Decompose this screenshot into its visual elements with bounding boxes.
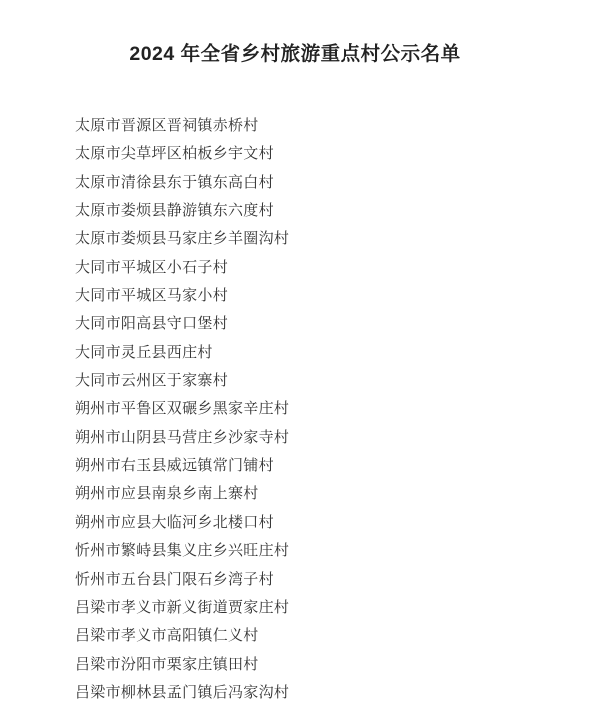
village-list-item: 忻州市五台县门限石乡湾子村 [75,566,590,594]
village-list-item: 大同市平城区小石子村 [75,254,590,282]
page-title: 2024 年全省乡村旅游重点村公示名单 [0,41,590,67]
village-list-item: 大同市阳高县守口堡村 [75,310,590,338]
village-list-item: 大同市平城区马家小村 [75,282,590,310]
village-list-item: 朔州市应县大临河乡北楼口村 [75,509,590,537]
village-list-item: 吕梁市汾阳市栗家庄镇田村 [75,651,590,679]
announcement-document: 2024 年全省乡村旅游重点村公示名单 太原市晋源区晋祠镇赤桥村太原市尖草坪区柏… [0,0,590,703]
village-list-item: 吕梁市孝义市高阳镇仁义村 [75,622,590,650]
village-list-item: 朔州市山阴县马营庄乡沙家寺村 [75,424,590,452]
village-list-item: 太原市晋源区晋祠镇赤桥村 [75,112,590,140]
village-list-item: 朔州市右玉县威远镇常门铺村 [75,452,590,480]
village-list-item: 朔州市平鲁区双碾乡黑家辛庄村 [75,395,590,423]
village-list-item: 吕梁市柳林县孟门镇后冯家沟村 [75,679,590,703]
village-list-item: 大同市灵丘县西庄村 [75,339,590,367]
village-list-item: 大同市云州区于家寨村 [75,367,590,395]
village-list-item: 太原市娄烦县静游镇东六度村 [75,197,590,225]
village-list-item: 太原市娄烦县马家庄乡羊圈沟村 [75,225,590,253]
village-list-item: 忻州市繁峙县集义庄乡兴旺庄村 [75,537,590,565]
village-list-item: 朔州市应县南泉乡南上寨村 [75,480,590,508]
village-list-item: 太原市清徐县东于镇东高白村 [75,169,590,197]
village-list: 太原市晋源区晋祠镇赤桥村太原市尖草坪区柏板乡宇文村太原市清徐县东于镇东高白村太原… [0,112,590,703]
village-list-item: 太原市尖草坪区柏板乡宇文村 [75,140,590,168]
village-list-item: 吕梁市孝义市新义街道贾家庄村 [75,594,590,622]
